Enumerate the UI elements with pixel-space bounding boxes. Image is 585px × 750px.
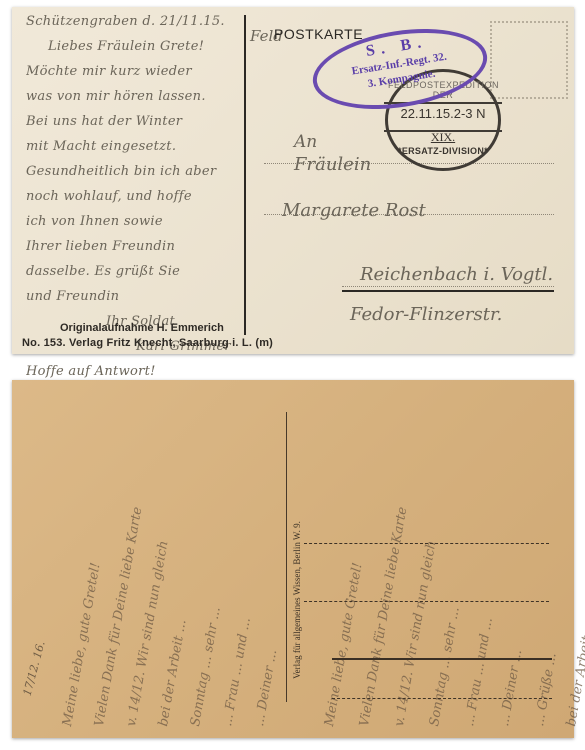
publisher-line: No. 153. Verlag Fritz Knecht, Saarburg i… — [22, 337, 273, 349]
message-line: Schützengraben d. 21/11.15. — [26, 9, 242, 34]
back-publisher: Verlag für allgemeines Wissen, Berlin W.… — [292, 500, 302, 700]
address-salutation: An — [294, 132, 317, 152]
back-handwriting-line: ... Frau ... und ... — [462, 617, 496, 728]
postmark-bottom-text: *ERSATZ-DIVISION* — [388, 146, 498, 156]
postkarte-title: POSTKARTE — [274, 26, 363, 42]
message-line: Gesundheitlich bin ich aber — [26, 159, 242, 184]
message-line: noch wohlauf, und hoffe — [26, 184, 242, 209]
message-line: Ihrer lieben Freundin — [26, 234, 242, 259]
postmark-date: 22.11.15.2-3 N — [388, 106, 498, 121]
back-handwriting-line: Meine liebe, gute Gretel! — [322, 562, 366, 728]
back-handwriting-line: ... Deiner ... — [497, 649, 525, 728]
message-line: ich von Ihnen sowie — [26, 209, 242, 234]
address-line-4: Fedor-Flinzerstr. — [350, 304, 502, 325]
address-line-3: Reichenbach i. Vogtl. — [360, 264, 553, 285]
back-handwriting-line: ... Grüße ... — [532, 652, 560, 728]
message-line: und Freundin — [26, 284, 242, 309]
address-dotted-line — [342, 286, 554, 287]
postcard-front: Schützengraben d. 21/11.15. Liebes Fräul… — [12, 7, 574, 354]
postcard-back: Meine liebe, gute Gretel! Vielen Dank fü… — [12, 380, 574, 738]
back-handwriting-line: bei der Arbeit ... — [564, 618, 585, 727]
back-dotted-line — [304, 543, 549, 544]
stamp-placeholder-box — [490, 21, 568, 99]
address-line-1: Fräulein — [294, 154, 371, 175]
back-dotted-line — [304, 601, 549, 602]
vertical-divider — [244, 15, 246, 335]
back-solid-line — [332, 658, 552, 660]
back-vertical-divider — [286, 412, 287, 702]
back-handwriting-line: ... Deiner ... — [252, 649, 280, 728]
address-solid-line — [342, 290, 554, 292]
back-handwriting-line: ... Frau ... und ... — [220, 617, 254, 728]
back-handwriting-line: bei der Arbeit ... — [156, 618, 190, 727]
photo-credit: Originalaufnahme H. Emmerich — [60, 322, 224, 334]
message-line: was von mir hören lassen. — [26, 84, 242, 109]
back-handwriting-line: Sonntag ... sehr ... — [188, 606, 224, 728]
message-line: mit Macht eingesetzt. — [26, 134, 242, 159]
message-line: Möchte mir kurz wieder — [26, 59, 242, 84]
back-handwriting-line: Sonntag ... sehr ... — [427, 606, 463, 728]
message-line: dasselbe. Es grüßt Sie — [26, 259, 242, 284]
address-line-2: Margarete Rost — [282, 200, 426, 221]
postmark-corps: XIX. — [388, 130, 498, 145]
message-line: Bei uns hat der Winter — [26, 109, 242, 134]
message-line: Liebes Fräulein Grete! — [26, 34, 242, 59]
back-date: 17/12. 16. — [21, 640, 48, 698]
back-dotted-line — [332, 698, 552, 699]
